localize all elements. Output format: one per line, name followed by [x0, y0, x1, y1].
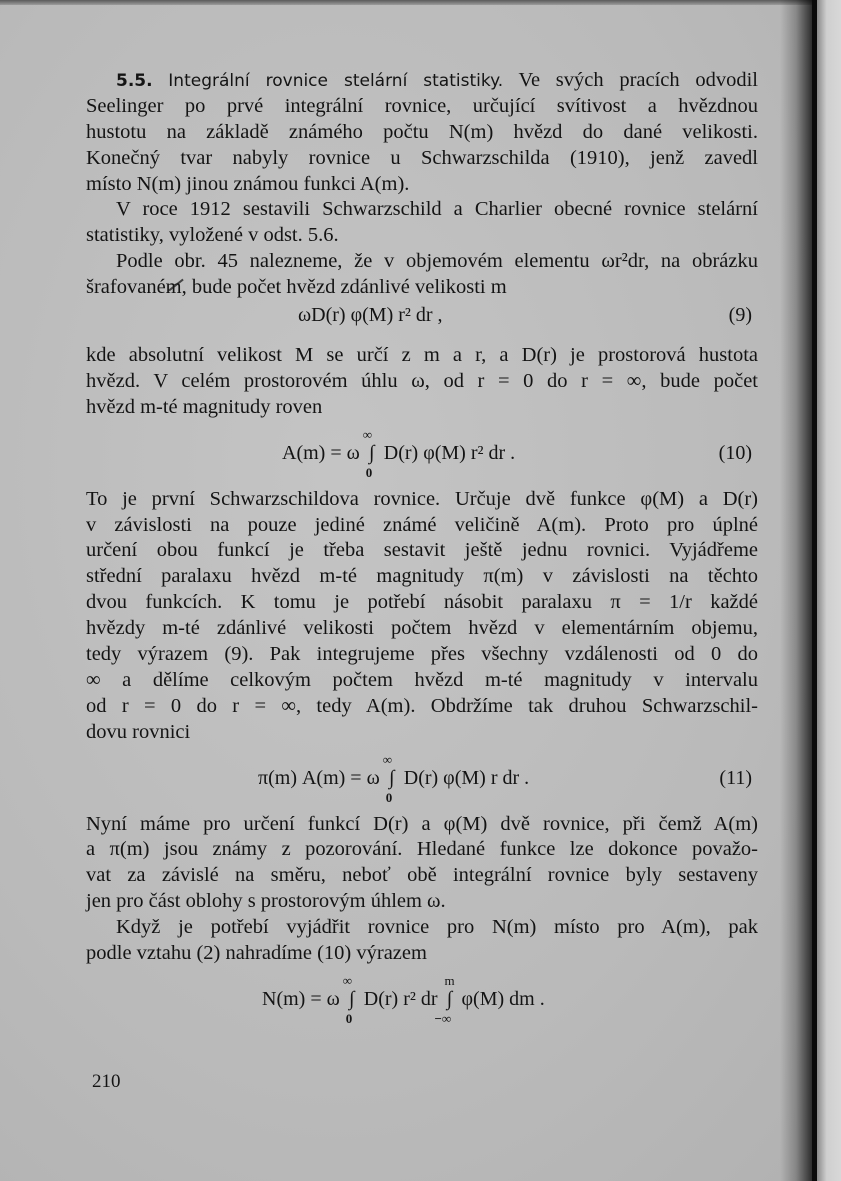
text-line: To je první Schwarzschildova rovnice. Ur…	[86, 487, 758, 513]
integral-lower-limit: 0	[366, 460, 373, 486]
section-title: Integrální rovnice stelární statistiky.	[168, 71, 503, 91]
text-line: hvězdy m-té zdánlivé velikosti počtem hv…	[86, 616, 758, 642]
text-line: statistiky, vyložené v odst. 5.6.	[86, 223, 758, 249]
text-line: šrafovaném, bude počet hvězd zdánlivé ve…	[86, 275, 758, 301]
integral-upper-limit: m	[445, 968, 455, 994]
equation-rhs: D(r) φ(M) r dr .	[404, 767, 529, 789]
page-top-edge	[0, 0, 815, 5]
page-number: 210	[92, 1071, 121, 1093]
text-line: V roce 1912 sestavili Schwarzschild a Ch…	[86, 197, 758, 223]
equation-9: ωD(r) φ(M) r² dr , (9)	[86, 301, 758, 343]
integral-sign: ∫∞0	[365, 441, 379, 467]
text-line: kde absolutní velikost M se určí z m a r…	[86, 343, 758, 369]
integral-lower-limit: 0	[386, 785, 393, 811]
section-number: 5.5.	[116, 71, 153, 91]
integral-upper-limit: ∞	[363, 422, 372, 448]
equation-lhs: π(m) A(m) = ω	[258, 767, 380, 789]
gutter-shadow	[780, 0, 812, 1181]
equation-middle: D(r) r² dr	[364, 988, 438, 1010]
text-line: dovu rovnici	[86, 720, 758, 746]
equation-formula: A(m) = ω ∫∞0 D(r) φ(M) r² dr .	[282, 441, 515, 467]
equation-formula: N(m) = ω ∫∞0 D(r) r² dr ∫m−∞ φ(M) dm .	[262, 987, 545, 1013]
text-line: a π(m) jsou známy z pozorování. Hledané …	[86, 837, 758, 863]
integral-upper-limit: ∞	[343, 968, 352, 994]
equation-formula: π(m) A(m) = ω ∫∞0 D(r) φ(M) r dr .	[258, 766, 529, 792]
text-line: jen pro část oblohy s prostorovým úhlem …	[86, 889, 758, 915]
facing-page-edge	[817, 0, 841, 1181]
equation-11: π(m) A(m) = ω ∫∞0 D(r) φ(M) r dr . (11)	[86, 746, 758, 812]
integral-sign: ∫∞0	[345, 987, 359, 1013]
text-line: Nyní máme pro určení funkcí D(r) a φ(M) …	[86, 812, 758, 838]
equation-rhs: D(r) φ(M) r² dr .	[384, 442, 515, 464]
text-line: Konečný tvar nabyly rovnice u Schwarzsch…	[86, 146, 758, 172]
equation-rhs: φ(M) dm .	[462, 988, 545, 1010]
equation-formula: ωD(r) φ(M) r² dr ,	[298, 303, 443, 329]
text-line: tedy výrazem (9). Pak integrujeme přes v…	[86, 642, 758, 668]
equation-number: (9)	[729, 303, 752, 329]
text-line: hvězd m-té magnitudy roven	[86, 395, 758, 421]
integral-lower-limit: 0	[346, 1006, 353, 1032]
integral-lower-limit: −∞	[435, 1006, 452, 1032]
text-line: Když je potřebí vyjádřit rovnice pro N(m…	[86, 915, 758, 941]
text-line: hustotu na základě známého počtu N(m) hv…	[86, 120, 758, 146]
section-heading-line: 5.5. Integrální rovnice stelární statist…	[86, 68, 758, 94]
text-line: vat za závislé na směru, neboť obě integ…	[86, 863, 758, 889]
integral-upper-limit: ∞	[383, 747, 392, 773]
text-line: Seelinger po prvé integrální rovnice, ur…	[86, 94, 758, 120]
text-line: podle vztahu (2) nahradíme (10) výrazem	[86, 941, 758, 967]
text-line: Ve svých pracích odvodil	[503, 69, 758, 91]
equation-number: (11)	[719, 766, 752, 792]
integral-sign: ∫∞0	[385, 766, 399, 792]
equation-lhs: A(m) = ω	[282, 442, 360, 464]
body-text: 5.5. Integrální rovnice stelární statist…	[86, 68, 758, 1033]
equation-10: A(m) = ω ∫∞0 D(r) φ(M) r² dr . (10)	[86, 421, 758, 487]
scanned-book-page: 5.5. Integrální rovnice stelární statist…	[0, 0, 841, 1181]
text-line: dvou funkcích. K tomu je potřebí násobit…	[86, 590, 758, 616]
text-line: místo N(m) jinou známou funkci A(m).	[86, 172, 758, 198]
equation-number: (10)	[719, 441, 752, 467]
text-line: v závislosti na pouze jediné známé velič…	[86, 513, 758, 539]
equation-lhs: N(m) = ω	[262, 988, 340, 1010]
integral-sign: ∫m−∞	[443, 987, 457, 1013]
text-line: hvězd. V celém prostorovém úhlu ω, od r …	[86, 369, 758, 395]
text-line: Podle obr. 45 nalezneme, že v objemovém …	[86, 249, 758, 275]
text-line: ∞ a dělíme celkovým počtem hvězd m-té ma…	[86, 668, 758, 694]
text-line: určení obou funkcí je třeba sestavit ješ…	[86, 538, 758, 564]
text-line: od r = 0 do r = ∞, tedy A(m). Obdržíme t…	[86, 694, 758, 720]
text-line: střední paralaxu hvězd m-té magnitudy π(…	[86, 564, 758, 590]
equation-n-of-m: N(m) = ω ∫∞0 D(r) r² dr ∫m−∞ φ(M) dm .	[86, 967, 758, 1033]
